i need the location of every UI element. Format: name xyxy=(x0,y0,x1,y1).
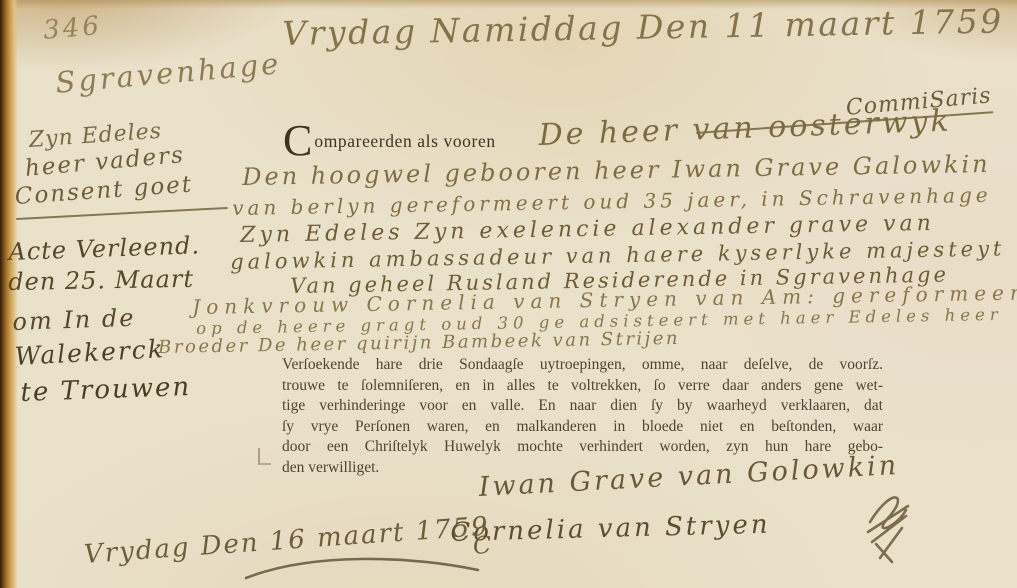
margin-note-acte-2: den 25. Maart xyxy=(8,265,194,296)
margin-note-acte-4: Walekerck xyxy=(14,334,166,371)
signature-bride: Cornelia van Stryen xyxy=(450,510,771,548)
date-header: Vrydag Namiddag Den 11 maart 1759 xyxy=(282,1,1004,53)
bracket-mark xyxy=(258,448,271,465)
signature-flourish xyxy=(242,558,482,584)
place-heading: Sgravenhage xyxy=(54,46,283,100)
consent-underline xyxy=(16,207,228,220)
printed-lead-text: ompareerden als vooren xyxy=(314,131,495,151)
manuscript-page: 346 Vrydag Namiddag Den 11 maart 1759 Sg… xyxy=(0,0,1017,588)
margin-note-acte-1: Acte Verleend. xyxy=(8,231,200,266)
printed-line: tige verhinderinge voor en valle. En naa… xyxy=(282,396,883,417)
drop-cap: C xyxy=(283,116,314,165)
signature-paraph xyxy=(862,484,914,564)
margin-note-acte-3: om In de xyxy=(12,304,136,336)
printed-lead: Compareerden als vooren xyxy=(283,124,496,158)
printed-line: ſy vrye Perſonen waren, en malkanderen i… xyxy=(282,417,883,438)
printed-line: Verſoekende hare drie Sondaagſe uytroepi… xyxy=(282,355,883,376)
margin-note-acte-5: te Trouwen xyxy=(20,372,192,408)
next-entry-fragment: C xyxy=(472,531,492,560)
page-number: 346 xyxy=(42,11,103,46)
printed-line: trouwe te ſolemniſeren, en in alles te v… xyxy=(282,376,883,397)
handwritten-line-groom-name: De heer van oosterwyk xyxy=(538,104,952,153)
